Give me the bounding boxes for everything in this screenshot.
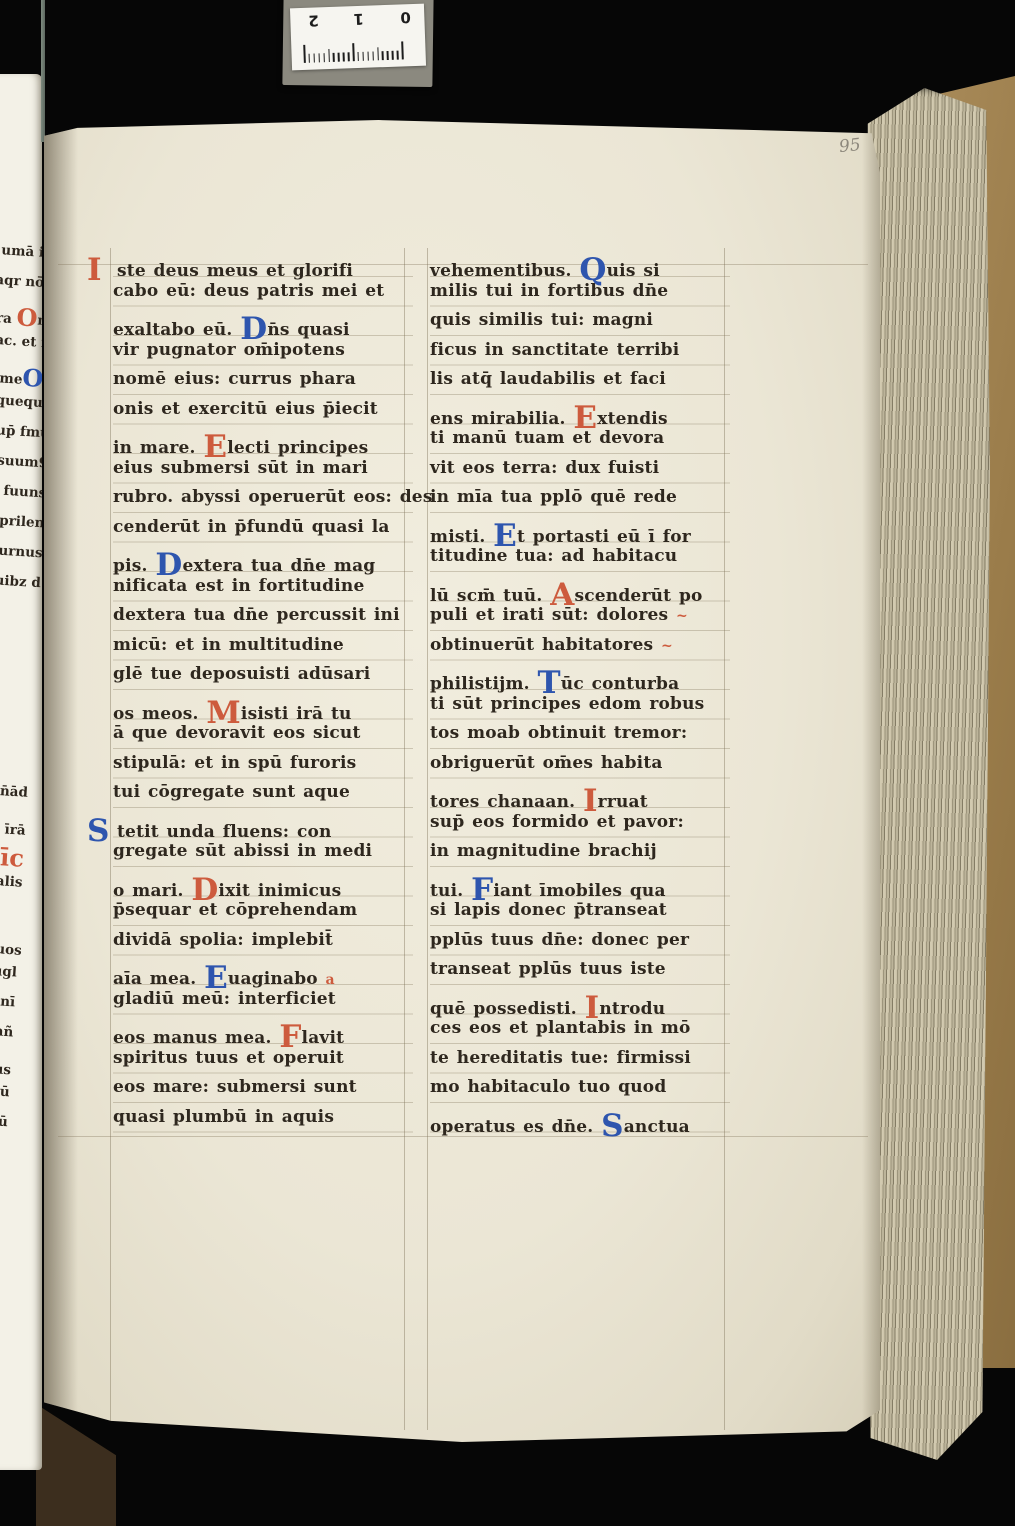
text-run: glē tue deposuisti adūsari — [113, 664, 370, 684]
text-run: vit eos terra: dux fuisti — [430, 458, 659, 478]
page-edge-shadow — [862, 120, 880, 1442]
manuscript-line: s quibz d — [0, 569, 41, 605]
initial-letter: D — [155, 547, 182, 583]
initial-letter: Q — [579, 252, 606, 288]
text-run: aqr nōiū — [0, 272, 42, 292]
gutter-shadow — [44, 120, 78, 1442]
manuscript-line: laus ima diū — [0, 1078, 10, 1114]
manuscript-line: quasi plumbū in aquis — [113, 1107, 413, 1137]
text-run: scenderūt po — [574, 586, 702, 606]
ruler-tick — [338, 53, 340, 62]
cradle-rod — [41, 0, 45, 142]
manuscript-line: transeat pplūs tuus iste — [430, 959, 730, 989]
text-run: pis. — [113, 556, 155, 576]
manuscript-page: 95 Iste deus meus et glorificabo eū: deu… — [44, 120, 880, 1442]
book-bottom-edge — [36, 1404, 116, 1526]
manuscript-line: mo habitaculo tuo quod — [430, 1077, 730, 1107]
manuscript-line: umā iur — [0, 240, 42, 276]
manuscript-line: ficus in sanctitate terribi — [430, 340, 730, 370]
text-run: rubro. abyssi operuerūt eos: des — [113, 487, 433, 507]
manuscript-line: puli et irati sūt: dolores ~ — [430, 605, 730, 635]
text-run: extera tua dn̄e mag — [182, 556, 375, 576]
ruler-tick — [333, 53, 335, 62]
text-run: mo habitaculo tuo quod — [430, 1077, 666, 1097]
manuscript-line: squequo — [0, 390, 42, 426]
manuscript-line: micū: et in multitudine — [113, 635, 413, 665]
text-run: quē possedisti. — [430, 999, 585, 1019]
text-run: s quibz d — [0, 571, 41, 591]
text-run: n̄s quasi — [267, 320, 349, 340]
text-run: vir pugnator om̄ipotens — [113, 340, 345, 360]
initial-letter: E — [493, 518, 517, 554]
text-run: misti. — [430, 527, 493, 547]
initial-letter: I — [87, 255, 91, 286]
ruler-label-0: 0 — [400, 8, 411, 26]
text-run: ste deus meus et glorifi — [117, 261, 353, 281]
photo-background: umā iuraqr nōiūra Omīā fac. et mapimeOns… — [0, 0, 1015, 1526]
text-run: titudine tua: ad habitacu — [430, 546, 677, 566]
text-run: us — [0, 1061, 11, 1078]
initial-letter: E — [573, 400, 597, 436]
manuscript-line: ī mōnalis — [0, 869, 23, 905]
manuscript-line: onis et exercitū eius p̄iecit — [113, 399, 413, 429]
text-run: aīa mea. — [113, 969, 204, 989]
manuscript-line: Cāntī uos — [0, 928, 19, 964]
manuscript-line: tui cōgregate sunt aque — [113, 782, 413, 812]
text-run: lecti principes — [227, 438, 368, 458]
manuscript-line — [0, 659, 36, 695]
text-run: p̄sequar et cōprehendam — [113, 900, 357, 920]
text-run: umā iur — [1, 242, 42, 262]
manuscript-line: exaltabo eū. Dn̄s quasi — [113, 310, 413, 340]
text-run: rn suum9 — [0, 451, 42, 471]
facing-page-sliver: umā iuraqr nōiūra Omīā fac. et mapimeOns… — [0, 74, 42, 1470]
text-run: te hereditatis tue: firmissi — [430, 1048, 691, 1068]
text-run: lavit — [302, 1028, 345, 1048]
ruler-label-2: 2 — [308, 11, 319, 29]
manuscript-line: do sup̄ fmū — [0, 419, 42, 455]
text-run: lis atq̄ laudabilis et faci — [430, 369, 666, 389]
text-run: xtendis — [597, 409, 667, 429]
line-filler: a — [326, 972, 335, 988]
text-run: milis tui in fortibus dn̄e — [430, 281, 668, 301]
manuscript-line — [0, 899, 21, 935]
manuscript-line — [0, 689, 34, 725]
text-run: ces eos et plantabis in mō — [430, 1018, 691, 1038]
text-run: iant īmobiles qua — [493, 881, 665, 901]
initial-letter: I — [585, 990, 600, 1026]
manuscript-line: multi ssetū — [0, 1108, 8, 1144]
manuscript-line: in magnitudine brachij — [430, 841, 730, 871]
fore-edge-page-stack — [864, 88, 990, 1460]
manuscript-line: eos manus mea. Flavit — [113, 1018, 413, 1048]
manuscript-line: ā furnus — [0, 539, 42, 575]
manuscript-line: tores chanaan. Irruat — [430, 782, 730, 812]
manuscript-line: maEus — [0, 1048, 12, 1084]
initial-letter: I — [583, 783, 598, 819]
text-run: micū: et in multitudine — [113, 635, 344, 655]
manuscript-line: nuū n̄ād — [0, 779, 28, 815]
manuscript-line: te hereditatis tue: firmissi — [430, 1048, 730, 1078]
ruler-tick — [313, 54, 315, 63]
manuscript-line: eos mare: submersi sunt — [113, 1077, 413, 1107]
manuscript-line: aqr nōiū — [0, 270, 42, 306]
ruling-line-vertical — [110, 248, 111, 1430]
text-run: cabo eū: deus patris mei et — [113, 281, 384, 301]
text-run: rruat — [598, 792, 648, 812]
text-run: philistijm. — [430, 674, 537, 694]
initial-letter: S — [87, 816, 91, 847]
manuscript-line: lis atq̄ laudabilis et faci — [430, 369, 730, 399]
initial-letter: O — [16, 302, 39, 332]
text-run: ens mirabilia. — [430, 409, 573, 429]
manuscript-line: ti sūt principes edom robus — [430, 694, 730, 724]
manuscript-line: obriguerūt om̄es habita — [430, 753, 730, 783]
text-column-1: Iste deus meus et glorificabo eū: deus p… — [113, 251, 413, 1136]
text-run: eos manus mea. — [113, 1028, 279, 1048]
text-run: o mari. — [113, 881, 191, 901]
ruler-tick — [367, 52, 369, 61]
text-run: lū scm̄ tuū. — [430, 586, 550, 606]
manuscript-line: pij āū īrā — [0, 809, 27, 845]
text-run: vehementibus. — [430, 261, 579, 281]
manuscript-line: tui. Fiant īmobiles qua — [430, 871, 730, 901]
line-filler: ~ — [676, 608, 688, 624]
manuscript-line: stipulā: et in spū furoris — [113, 753, 413, 783]
initial-letter: D — [191, 872, 218, 908]
text-run: isisti irā tu — [241, 704, 352, 724]
manuscript-line: : et prilen — [0, 509, 42, 545]
text-run: cenderūt in p̄fundū quasi la — [113, 517, 390, 537]
manuscript-line: quē possedisti. Introdu — [430, 989, 730, 1019]
ruler-tick — [397, 51, 399, 60]
text-run: si lapis donec p̄transeat — [430, 900, 667, 920]
initial-letter: F — [279, 1019, 301, 1055]
ruler-label-1: 1 — [353, 10, 364, 28]
ruler-tick-band — [303, 39, 412, 63]
text-run: ā furnus — [0, 541, 42, 561]
facing-page-fragments: umā iuraqr nōiūra Omīā fac. et mapimeOns… — [0, 240, 42, 1144]
text-run: uaginabo — [228, 969, 326, 989]
text-run: ra — [0, 310, 17, 327]
manuscript-line: gregate sūt abissi in medi — [113, 841, 413, 871]
manuscript-line: rn suum9 — [0, 449, 42, 485]
text-run: obtinuerūt habitatores — [430, 635, 661, 655]
ruler-tick — [352, 43, 354, 61]
manuscript-line: r nū magnī — [0, 988, 16, 1024]
text-run: nomē eius: currus phara — [113, 369, 356, 389]
ruler-tick — [343, 52, 345, 61]
manuscript-line — [0, 599, 39, 635]
initial-letter: hīc — [0, 841, 25, 872]
manuscript-line: tuus dūgl — [0, 958, 17, 994]
manuscript-line: spiritus tuus et operuit — [113, 1048, 413, 1078]
ruler-tick — [328, 49, 330, 62]
manuscript-line: glē tue deposuisti adūsari — [113, 664, 413, 694]
manuscript-line: ens mirabilia. Extendis — [430, 399, 730, 429]
ruler-tick — [308, 54, 310, 63]
manuscript-line — [0, 719, 32, 755]
text-run: tui. — [430, 881, 471, 901]
text-run: in magnitudine brachij — [430, 841, 657, 861]
text-run: n fuuns — [0, 482, 42, 501]
text-run: tores chanaan. — [430, 792, 583, 812]
initial-letter: A — [550, 577, 574, 613]
text-run: gregate sūt abissi in medi — [113, 841, 372, 861]
manuscript-line: in mare. Electi principes — [113, 428, 413, 458]
text-run: uis si — [607, 261, 660, 281]
manuscript-line: s nobis hīc — [0, 839, 25, 875]
manuscript-line: ā que devoravit eos sicut — [113, 723, 413, 753]
manuscript-line: sup̄ eos formido et pavor: — [430, 812, 730, 842]
folio-number: 95 — [838, 135, 862, 157]
text-run: tos moab obtinuit tremor: — [430, 723, 687, 743]
ruler-tick — [323, 53, 325, 62]
manuscript-line: philistijm. Tūc conturba — [430, 664, 730, 694]
initial-letter: O — [22, 363, 42, 393]
manuscript-line: n fuuns — [0, 479, 42, 515]
manuscript-line: vit eos terra: dux fuisti — [430, 458, 730, 488]
text-run: spiritus tuus et operuit — [113, 1048, 344, 1068]
manuscript-line: cenderūt in p̄fundū quasi la — [113, 517, 413, 547]
manuscript-line: pis. Dextera tua dn̄e mag — [113, 546, 413, 576]
manuscript-line: apimeOn — [0, 360, 42, 396]
ruling-line-vertical — [427, 248, 428, 1430]
manuscript-line: aīa mea. Euaginabo a — [113, 959, 413, 989]
text-run: quis similis tui: magni — [430, 310, 653, 330]
ruler-tick — [377, 47, 379, 60]
manuscript-line: p̄sequar et cōprehendam — [113, 900, 413, 930]
ruler-tick — [387, 51, 389, 60]
text-run: dextera tua dn̄e percussit ini — [113, 605, 400, 625]
text-run: exaltabo eū. — [113, 320, 240, 340]
manuscript-line: misti. Et portasti eū ī for — [430, 517, 730, 547]
text-run: ti manū tuam et devora — [430, 428, 664, 448]
ruler-tick — [303, 45, 305, 63]
manuscript-line: Stetit unda fluens: con — [113, 812, 413, 842]
manuscript-line: cabo eū: deus patris mei et — [113, 281, 413, 311]
text-run: ti sūt principes edom robus — [430, 694, 704, 714]
text-run: t portasti eū ī for — [517, 527, 691, 547]
line-filler: ~ — [661, 638, 673, 654]
text-run: ficus in sanctitate terribi — [430, 340, 679, 360]
text-run: obriguerūt om̄es habita — [430, 753, 663, 773]
manuscript-line: dividā spolia: implebit̄ — [113, 930, 413, 960]
initial-letter: T — [537, 665, 560, 701]
text-run: tetit unda fluens: con — [117, 822, 332, 842]
manuscript-line: vehementibus. Quis si — [430, 251, 730, 281]
manuscript-line — [0, 749, 30, 785]
ruler-tick — [372, 51, 374, 60]
manuscript-line: dextera tua dn̄e percussit ini — [113, 605, 413, 635]
text-run: in mīa tua pplō quē rede — [430, 487, 677, 507]
manuscript-line — [0, 629, 38, 665]
manuscript-line: quis similis tui: magni — [430, 310, 730, 340]
ruler-tick — [401, 41, 403, 59]
manuscript-line: obtinuerūt habitatores ~ — [430, 635, 730, 665]
text-run: onis et exercitū eius p̄iecit — [113, 399, 378, 419]
text-run: squequo — [0, 392, 42, 412]
ruler-tick — [318, 53, 320, 62]
text-run: pplūs tuus dn̄e: donec per — [430, 930, 689, 950]
manuscript-line: ra Omī — [0, 300, 42, 336]
text-run: eos mare: submersi sunt — [113, 1077, 357, 1097]
text-run: eius submersi sūt in mari — [113, 458, 368, 478]
ruler-strip: 2 1 0 — [290, 4, 426, 71]
text-run: īrā — [0, 821, 26, 839]
text-run: stipulā: et in spū furoris — [113, 753, 356, 773]
text-run: sup̄ eos formido et pavor: — [430, 812, 684, 832]
text-run: dividā spolia: implebit̄ — [113, 930, 333, 950]
text-run: ā fac. et m — [0, 331, 42, 352]
text-run: anctua — [624, 1117, 690, 1137]
ruler-tick — [357, 52, 359, 61]
text-run: ntrodu — [599, 999, 665, 1019]
manuscript-line: titudine tua: ad habitacu — [430, 546, 730, 576]
initial-letter: S — [601, 1108, 624, 1144]
text-run: apime — [0, 369, 23, 388]
manuscript-line: pplūs tuus dn̄e: donec per — [430, 930, 730, 960]
initial-letter: M — [206, 695, 241, 731]
manuscript-line: quū er añ — [0, 1018, 14, 1054]
text-run: operatus es dn̄e. — [430, 1117, 601, 1137]
text-run: os meos. — [113, 704, 206, 724]
initial-letter: D — [240, 311, 267, 347]
manuscript-line: operatus es dn̄e. Sanctua — [430, 1107, 730, 1137]
manuscript-line: os meos. Misisti irā tu — [113, 694, 413, 724]
ruler-tick — [362, 52, 364, 61]
text-column-2: vehementibus. Quis similis tui in fortib… — [430, 251, 730, 1136]
manuscript-line: lū scm̄ tuū. Ascenderūt po — [430, 576, 730, 606]
text-run: quasi plumbū in aquis — [113, 1107, 334, 1127]
manuscript-line: ā fac. et m — [0, 330, 42, 366]
initial-letter: E — [203, 429, 227, 465]
initial-letter: F — [471, 872, 493, 908]
text-run: nificata est in fortitudine — [113, 576, 365, 596]
text-run: nuū n̄ād — [0, 781, 28, 801]
text-run: ixit inimicus — [218, 881, 341, 901]
text-run: : et prilen — [0, 511, 42, 532]
text-run: ūc conturba — [561, 674, 680, 694]
manuscript-line: gladiū meū: interficiet — [113, 989, 413, 1019]
manuscript-line: eius submersi sūt in mari — [113, 458, 413, 488]
manuscript-line: tos moab obtinuit tremor: — [430, 723, 730, 753]
manuscript-line: nomē eius: currus phara — [113, 369, 413, 399]
manuscript-line: in mīa tua pplō quē rede — [430, 487, 730, 517]
initial-letter: E — [204, 960, 228, 996]
text-run: tui cōgregate sunt aque — [113, 782, 350, 802]
text-run: in mare. — [113, 438, 203, 458]
text-run: uos — [0, 941, 22, 959]
manuscript-line: rubro. abyssi operuerūt eos: des — [113, 487, 413, 517]
manuscript-line: Iste deus meus et glorifi — [113, 251, 413, 281]
ruler-tick — [392, 51, 394, 60]
manuscript-line: ces eos et plantabis in mō — [430, 1018, 730, 1048]
text-run: transeat pplūs tuus iste — [430, 959, 666, 979]
manuscript-line: o mari. Dixit inimicus — [113, 871, 413, 901]
ruler-tick — [348, 52, 350, 61]
ruler-tick — [382, 51, 384, 60]
